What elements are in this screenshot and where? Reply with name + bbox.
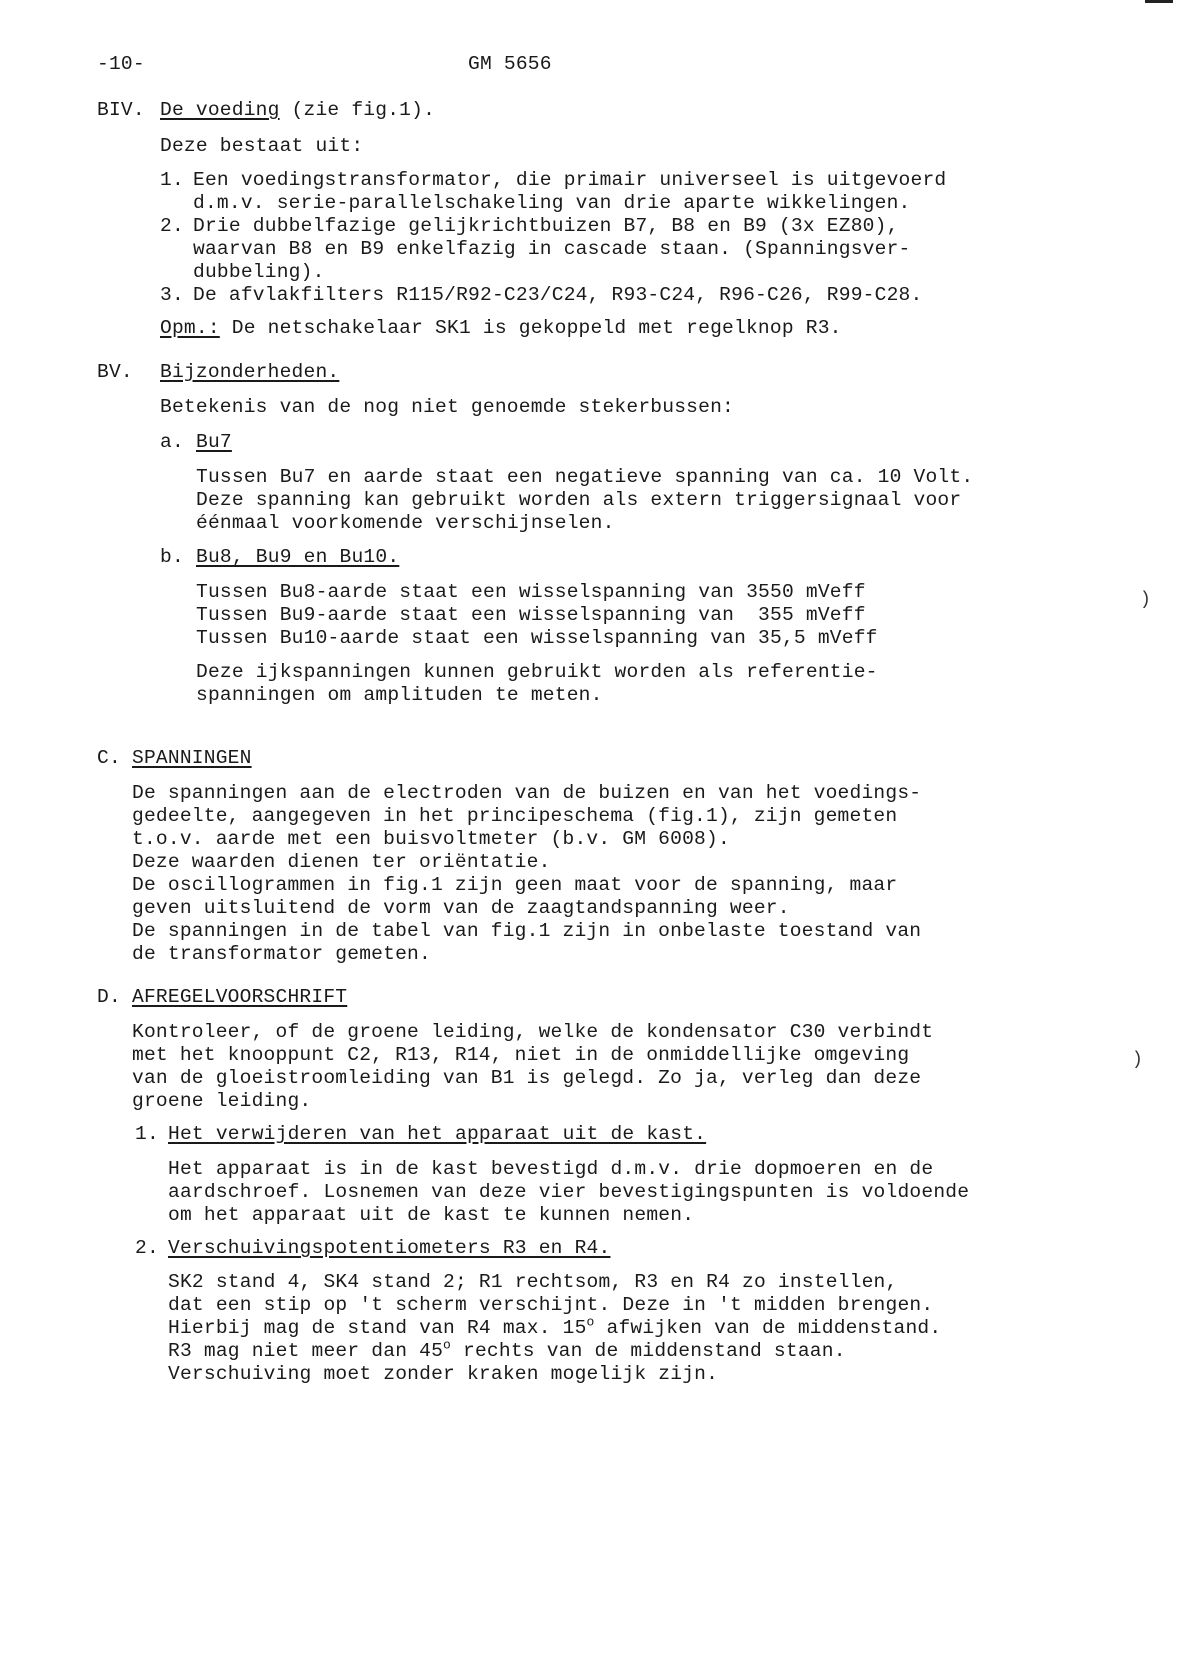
list-item-line: De afvlakfilters R115/R92-C23/C24, R93-C…: [193, 283, 922, 307]
paragraph-line: Deze ijkspanningen kunnen gebruikt worde…: [196, 660, 878, 684]
section-biv-label: BIV.: [97, 98, 145, 122]
paragraph-line: Hierbij mag de stand van R4 max. 15o afw…: [168, 1316, 941, 1340]
paragraph-line: Deze spanning kan gebruikt worden als ex…: [196, 488, 961, 512]
paragraph-line: t.o.v. aarde met een buisvoltmeter (b.v.…: [132, 827, 730, 851]
subsection-b-title: Bu8, Bu9 en Bu10.: [196, 545, 399, 569]
section-d-title: AFREGELVOORSCHRIFT: [132, 985, 347, 1009]
list-item-line: Drie dubbelfazige gelijkrichtbuizen B7, …: [193, 214, 899, 238]
degree-symbol: o: [587, 1314, 595, 1329]
list-item-number: 3.: [160, 283, 184, 307]
note-label: Opm.:: [160, 317, 220, 339]
voltage-line: Tussen Bu8-aarde staat een wisselspannin…: [196, 580, 866, 604]
margin-mark: ): [1140, 590, 1151, 610]
paragraph-line: om het apparaat uit de kast te kunnen ne…: [168, 1203, 694, 1227]
step-title: Verschuivingspotentiometers R3 en R4.: [168, 1236, 610, 1260]
paragraph-line: De oscillogrammen in fig.1 zijn geen maa…: [132, 873, 897, 897]
paragraph-line: Verschuiving moet zonder kraken mogelijk…: [168, 1362, 718, 1386]
voltage-line: Tussen Bu9-aarde staat een wisselspannin…: [196, 603, 866, 627]
paragraph-line: Kontroleer, of de groene leiding, welke …: [132, 1020, 933, 1044]
document-id: GM 5656: [468, 52, 552, 76]
section-biv-intro: Deze bestaat uit:: [160, 134, 363, 158]
degree-symbol: o: [443, 1337, 451, 1352]
subsection-b-label: b.: [160, 545, 184, 569]
paragraph-line: gedeelte, aangegeven in het principesche…: [132, 804, 897, 828]
paragraph-line: De spanningen in de tabel van fig.1 zijn…: [132, 919, 921, 943]
paragraph-line: dat een stip op 't scherm verschijnt. De…: [168, 1293, 933, 1317]
page-number: -10-: [97, 52, 145, 76]
list-item-number: 2.: [160, 214, 184, 238]
list-item-number: 1.: [160, 168, 184, 192]
paragraph-line: R3 mag niet meer dan 45o rechts van de m…: [168, 1339, 846, 1363]
section-bv-label: BV.: [97, 360, 133, 384]
note: Opm.: De netschakelaar SK1 is gekoppeld …: [160, 316, 842, 340]
section-c-label: C.: [97, 746, 121, 770]
section-bv-title: Bijzonderheden.: [160, 360, 339, 384]
step-title: Het verwijderen van het apparaat uit de …: [168, 1122, 706, 1146]
list-item-line: d.m.v. serie-parallelschakeling van drie…: [193, 191, 911, 215]
paragraph-line: aardschroef. Losnemen van deze vier beve…: [168, 1180, 969, 1204]
margin-mark: ): [1132, 1050, 1143, 1070]
paragraph-line: éénmaal voorkomende verschijnselen.: [196, 511, 615, 535]
subsection-a-title: Bu7: [196, 430, 232, 454]
paragraph-line: van de gloeistroomleiding van B1 is gele…: [132, 1066, 921, 1090]
section-bv-intro: Betekenis van de nog niet genoemde steke…: [160, 395, 734, 419]
scan-edge-mark: [1145, 0, 1173, 3]
paragraph-line: Deze waarden dienen ter oriëntatie.: [132, 850, 551, 874]
subsection-a-label: a.: [160, 430, 184, 454]
voltage-line: Tussen Bu10-aarde staat een wisselspanni…: [196, 626, 878, 650]
step-number: 2.: [135, 1236, 159, 1260]
list-item-line: waarvan B8 en B9 enkelfazig in cascade s…: [193, 237, 911, 261]
step-number: 1.: [135, 1122, 159, 1146]
paragraph-line: geven uitsluitend de vorm van de zaagtan…: [132, 896, 790, 920]
list-item-line: dubbeling).: [193, 260, 325, 284]
paragraph-line: Het apparaat is in de kast bevestigd d.m…: [168, 1157, 933, 1181]
paragraph-line: groene leiding.: [132, 1089, 311, 1113]
section-biv-title: De voeding: [160, 99, 280, 121]
list-item-line: Een voedingstransformator, die primair u…: [193, 168, 946, 192]
paragraph-line: de transformator gemeten.: [132, 942, 431, 966]
paragraph-line: De spanningen aan de electroden van de b…: [132, 781, 921, 805]
paragraph-line: SK2 stand 4, SK4 stand 2; R1 rechtsom, R…: [168, 1270, 897, 1294]
section-d-label: D.: [97, 985, 121, 1009]
paragraph-line: Tussen Bu7 en aarde staat een negatieve …: [196, 465, 973, 489]
section-c-title: SPANNINGEN: [132, 746, 252, 770]
note-text: De netschakelaar SK1 is gekoppeld met re…: [220, 317, 842, 339]
section-biv-heading: De voeding (zie fig.1).: [160, 98, 435, 122]
paragraph-line: spanningen om amplituden te meten.: [196, 683, 603, 707]
paragraph-line: met het knooppunt C2, R13, R14, niet in …: [132, 1043, 909, 1067]
